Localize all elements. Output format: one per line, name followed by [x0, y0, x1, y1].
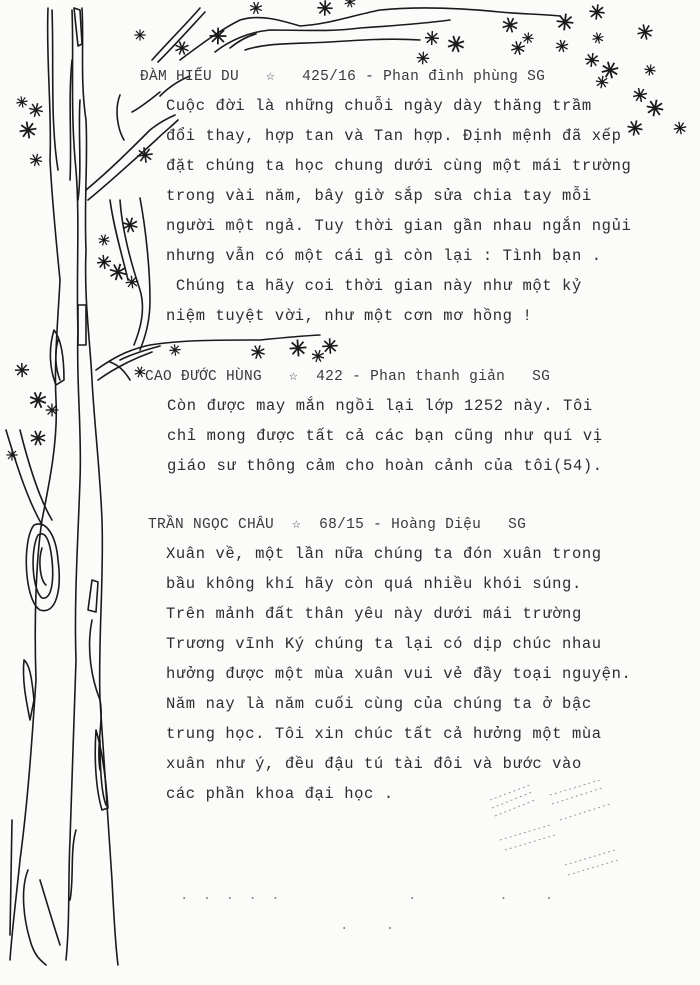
entry-tran-ngoc-chau: TRẦN NGỌC CHÂU ☆ 68/15 - Hoàng Diệu SG X… — [148, 516, 631, 809]
text-line: xuân như ý, đều đậu tú tài đôi và bước v… — [166, 749, 631, 779]
star-separator-icon: ☆ — [289, 369, 298, 385]
star-icon — [286, 336, 310, 360]
entry-cao-duoc-hung: CAO ĐƯỚC HÙNG ☆ 422 - Phan thanh giản SG… — [145, 368, 603, 481]
text-line: nhưng vẫn có một cái gì còn lại : Tình b… — [166, 241, 631, 271]
text-line: chỉ mong được tất cả các bạn cũng như qu… — [167, 421, 603, 451]
star-icon — [310, 348, 326, 364]
branch-middle — [96, 335, 320, 370]
entry-address: 68/15 - Hoàng Diệu SG — [319, 517, 526, 533]
faint-dots: . . . . . . . . — [180, 888, 556, 904]
star-icon — [94, 252, 114, 272]
entry-address: 425/16 - Phan đình phùng SG — [302, 69, 545, 85]
star-icon — [645, 98, 665, 118]
star-icon — [27, 389, 49, 411]
star-icon — [317, 0, 333, 16]
star-icon — [209, 27, 226, 44]
star-icon — [12, 360, 32, 380]
text-line: người một ngả. Tuy thời gian gần nhau ng… — [166, 211, 631, 241]
text-line: trong vài năm, bây giờ sắp sửa chia tay … — [166, 181, 631, 211]
text-line: Trương vĩnh Ký chúng ta lại có dịp chúc … — [166, 629, 631, 659]
star-icon — [248, 0, 265, 16]
star-icon — [16, 118, 39, 141]
entry-body: Còn được may mắn ngồi lại lớp 1252 này. … — [167, 391, 603, 481]
faint-dots: . . — [340, 918, 397, 934]
star-icon — [500, 15, 521, 36]
text-line: Xuân về, một lần nữa chúng ta đón xuân t… — [166, 539, 631, 569]
entry-body: Xuân về, một lần nữa chúng ta đón xuân t… — [166, 539, 631, 809]
star-icon — [28, 152, 43, 167]
star-icon — [630, 85, 649, 104]
text-line: hưởng được một mùa xuân vui vẻ đầy toại … — [166, 659, 631, 689]
entry-dam-hieu-du: ĐÀM HIẾU DU ☆ 425/16 - Phan đình phùng S… — [140, 68, 631, 331]
trunk-main-left — [66, 10, 80, 960]
star-icon — [28, 102, 45, 119]
text-line: Năm nay là năm cuối cùng của chúng ta ở … — [166, 689, 631, 719]
branch-top — [180, 8, 560, 60]
entry-header: TRẦN NGỌC CHÂU ☆ 68/15 - Hoàng Diệu SG — [148, 516, 631, 533]
star-icon — [634, 21, 655, 42]
star-icon — [97, 233, 111, 247]
star-separator-icon: ☆ — [292, 517, 301, 533]
star-icon — [553, 37, 570, 54]
star-icon — [584, 52, 600, 68]
text-line: Còn được may mắn ngồi lại lớp 1252 này. … — [167, 391, 603, 421]
star-icon — [343, 0, 358, 9]
text-line: bầu không khí hãy còn quá nhiều khói sún… — [166, 569, 631, 599]
text-line: niệm tuyệt vời, như một cơn mơ hồng ! — [166, 301, 631, 331]
star-icon — [28, 428, 48, 448]
entry-header: ĐÀM HIẾU DU ☆ 425/16 - Phan đình phùng S… — [140, 68, 631, 85]
star-icon — [167, 342, 183, 358]
star-icon — [445, 33, 467, 55]
entry-name: TRẦN NGỌC CHÂU — [148, 517, 274, 533]
text-line: Trên mảnh đất thân yêu này dưới mái trườ… — [166, 599, 631, 629]
star-icon — [425, 31, 440, 46]
star-icon — [416, 51, 429, 64]
star-icon — [123, 273, 141, 291]
entry-body: Cuộc đời là những chuỗi ngày dày thăng t… — [166, 91, 631, 331]
star-icon — [590, 30, 605, 45]
text-line: Chúng ta hãy coi thời gian này như một k… — [166, 271, 631, 301]
entry-name: CAO ĐƯỚC HÙNG — [145, 369, 262, 385]
text-line: giáo sư thông cảm cho hoàn cảnh của tôi(… — [167, 451, 603, 481]
star-icon — [588, 3, 605, 20]
text-line: Cuộc đời là những chuỗi ngày dày thăng t… — [166, 91, 631, 121]
entry-address: 422 - Phan thanh giản SG — [316, 369, 550, 385]
star-icon — [134, 29, 145, 40]
text-line: đặt chúng ta học chung dưới cùng một mái… — [166, 151, 631, 181]
star-icon — [522, 32, 534, 44]
star-separator-icon: ☆ — [266, 69, 275, 85]
star-icon — [6, 449, 17, 460]
text-line: đổi thay, hợp tan và Tan hợp. Định mệnh … — [166, 121, 631, 151]
text-line: trung học. Tôi xin chúc tất cả hưởng một… — [166, 719, 631, 749]
star-icon — [644, 64, 657, 77]
star-icon — [671, 119, 688, 136]
trunk-main-right — [82, 8, 118, 965]
trunk-left-outline — [10, 8, 60, 960]
star-icon — [249, 343, 267, 361]
ink-smudge — [470, 780, 630, 900]
entry-header: CAO ĐƯỚC HÙNG ☆ 422 - Phan thanh giản SG — [145, 368, 603, 385]
star-icon — [43, 401, 61, 419]
star-icon — [14, 94, 30, 110]
entry-name: ĐÀM HIẾU DU — [140, 69, 239, 85]
